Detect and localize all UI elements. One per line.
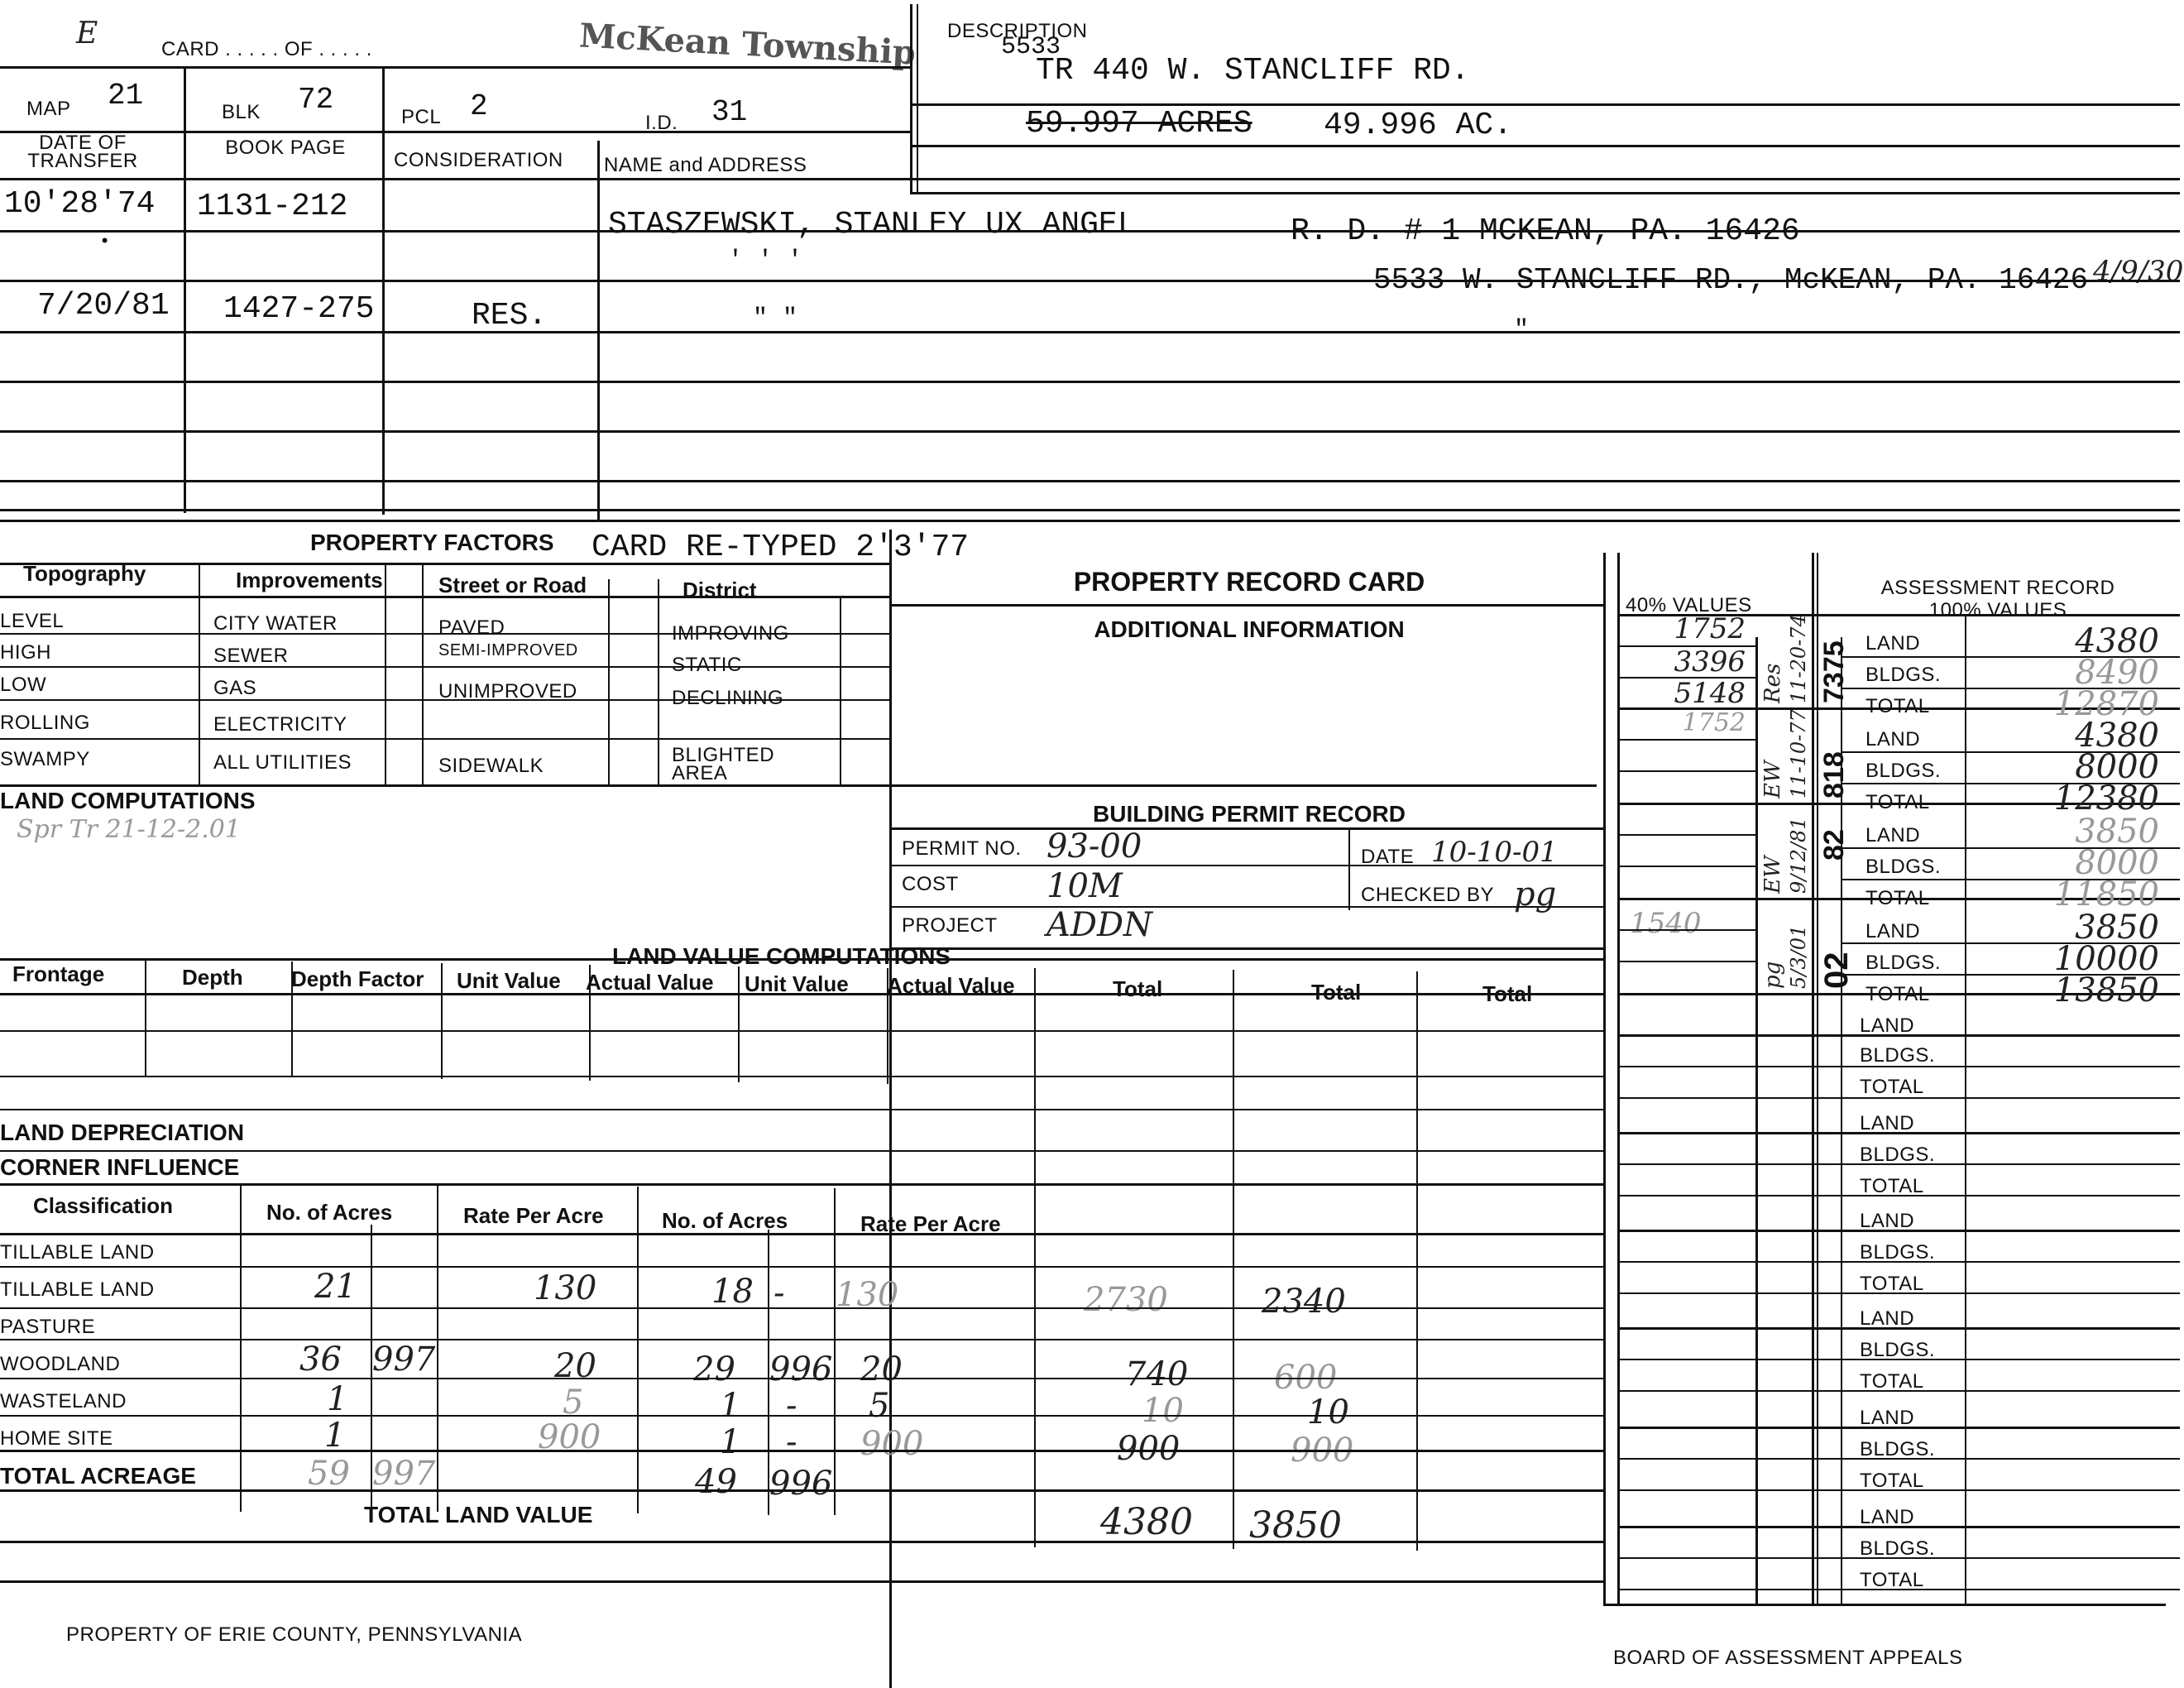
- topography-low: LOW: [0, 674, 46, 697]
- permit-no-label: PERMIT NO.: [902, 837, 1022, 861]
- land-computations-note: Spr Tr 21-12-2.01: [17, 815, 241, 844]
- assessment-header-2: 100% VALUES: [1820, 599, 2176, 622]
- permit-date-value: 10-10-01: [1431, 836, 1558, 869]
- transfer-date-2: •: [99, 232, 110, 252]
- assessment-total-label-1: TOTAL: [1865, 695, 1930, 718]
- col-unit-value-1: Unit Value: [457, 968, 561, 994]
- card-label: CARD . . . . . OF . . . . .: [161, 38, 372, 61]
- assessment-total-4: 13850: [1969, 971, 2159, 1009]
- description-acres: 49.996 AC.: [1324, 108, 1512, 143]
- land-value-computations-title: LAND VALUE COMPUTATIONS: [612, 943, 951, 970]
- col-depth-factor: Depth Factor: [291, 966, 424, 992]
- annotation-group1-initials: Res: [1760, 664, 1785, 703]
- annotation-group4-stamp: 02: [1818, 952, 1856, 990]
- woodland-total-1: 740: [1125, 1355, 1188, 1393]
- assessment-bldgs-label-4: BLDGS.: [1865, 952, 1941, 975]
- permit-no-value: 93-00: [1046, 827, 1142, 866]
- wasteland-total-1: 10: [1142, 1392, 1184, 1430]
- assessment-bldgs-label-1: BLDGS.: [1865, 664, 1941, 687]
- street-header: Street or Road: [438, 573, 587, 598]
- col-actual-value-1: Actual Value: [586, 970, 714, 995]
- tillable-total-1: 2730: [1084, 1281, 1168, 1319]
- total-acreage-1b: 997: [372, 1455, 435, 1493]
- footer-board-of-appeals: BOARD OF ASSESSMENT APPEALS: [1613, 1647, 1963, 1670]
- annotation-group4-date: 5/3/01: [1787, 925, 1810, 989]
- col-total-1: Total: [1113, 976, 1162, 1002]
- street-paved: PAVED: [438, 616, 505, 640]
- wasteland-total-2: 10: [1307, 1393, 1349, 1431]
- topography-swampy: SWAMPY: [0, 748, 90, 771]
- annotation-group1-date: 11-20-74: [1787, 614, 1810, 703]
- improvements-sewer: SEWER: [213, 645, 289, 668]
- cost-label: COST: [902, 873, 959, 896]
- transfer-bookpage-1: 1131-212: [197, 189, 347, 224]
- annotation-group4-initials: pg: [1760, 961, 1785, 989]
- home-site-acres-2b: -: [786, 1423, 797, 1461]
- property-factors-title: PROPERTY FACTORS: [310, 530, 554, 556]
- assessment-bldgs-label-2: BLDGS.: [1865, 760, 1941, 783]
- tillable-acres-2: 18: [711, 1273, 754, 1311]
- wasteland-rate-2: 5: [869, 1387, 889, 1425]
- total-land-value-label: TOTAL LAND VALUE: [364, 1502, 592, 1528]
- home-site-total-1: 900: [1117, 1430, 1180, 1468]
- assessment-total-label-4: TOTAL: [1865, 983, 1930, 1006]
- transfer-name-1: STASZEWSKI, STANLEY UX ANGEL: [608, 207, 1137, 242]
- project-label: PROJECT: [902, 914, 998, 938]
- home-site-rate-2: 900: [860, 1425, 923, 1463]
- topography-header: Topography: [23, 561, 146, 587]
- wasteland-acres-1: 1: [327, 1380, 347, 1418]
- description-line1: TR 440 W. STANCLIFF RD.: [1036, 53, 1470, 89]
- values-40-10: 1540: [1630, 907, 1754, 940]
- checked-by-value: pg: [1514, 875, 1556, 914]
- topography-rolling: ROLLING: [0, 712, 90, 735]
- street-semi-improved: SEMI-IMPROVED: [438, 642, 587, 659]
- id-value: 31: [711, 95, 747, 129]
- topography-level: LEVEL: [0, 610, 64, 633]
- annotation-group3-stamp: 82: [1818, 829, 1851, 861]
- annotation-group2-initials: EW: [1760, 760, 1785, 798]
- woodland-acres-2b: 996: [769, 1350, 832, 1388]
- description-struck-acres: 59.997 ACRES: [1026, 106, 1252, 141]
- annotation-group2-stamp: 818: [1818, 751, 1851, 798]
- class-total-acreage: TOTAL ACREAGE: [0, 1463, 196, 1489]
- annotation-group2-date: 11-10-77: [1787, 709, 1810, 798]
- district-static: STATIC: [672, 654, 742, 677]
- assessment-total-label-2: TOTAL: [1865, 791, 1930, 814]
- total-acreage-2: 49: [695, 1463, 737, 1501]
- transfer-address-3: ": [1514, 316, 1529, 344]
- woodland-rate-1: 20: [554, 1347, 596, 1385]
- transfer-name-2: ' ' ': [728, 247, 802, 275]
- total-land-value-1: 4380: [1100, 1501, 1193, 1543]
- building-permit-title: BUILDING PERMIT RECORD: [893, 801, 1605, 827]
- col-date-of-transfer: DATE OF TRANSFER: [0, 134, 165, 170]
- tillable-acres-1: 21: [314, 1268, 357, 1306]
- transfer-consideration-3: RES.: [472, 298, 547, 333]
- improvements-header: Improvements: [236, 568, 383, 593]
- class-wasteland: WASTELAND: [0, 1390, 127, 1413]
- class-tillable-1: TILLABLE LAND: [0, 1241, 155, 1264]
- annotation-group3-date: 9/12/81: [1787, 817, 1810, 894]
- assessment-land-label-2: LAND: [1865, 728, 1920, 751]
- map-value: 21: [108, 79, 143, 113]
- woodland-rate-2: 20: [860, 1350, 903, 1388]
- class-tillable-2: TILLABLE LAND: [0, 1278, 155, 1302]
- transfer-date-1: 10'28'74: [4, 186, 155, 222]
- tillable-rate-1: 130: [534, 1269, 596, 1307]
- annotation-group1-stamp: 7375: [1818, 640, 1851, 703]
- transfer-bookpage-3: 1427-275: [223, 291, 374, 327]
- class-pasture: PASTURE: [0, 1316, 95, 1339]
- col-name-address: NAME and ADDRESS: [604, 154, 807, 177]
- corner-mark: E: [76, 17, 98, 50]
- annotation-group3-initials: EW: [1760, 856, 1785, 894]
- assessment-total-label-5: TOTAL: [1860, 1076, 1924, 1099]
- street-sidewalk: SIDEWALK: [438, 755, 544, 778]
- woodland-acres-2: 29: [693, 1350, 735, 1388]
- woodland-acres-1: 36: [299, 1340, 342, 1379]
- record-card-title: PROPERTY RECORD CARD: [893, 567, 1605, 597]
- improvements-all-utilities: ALL UTILITIES: [213, 751, 352, 774]
- total-acreage-1: 59: [308, 1455, 350, 1493]
- blk-label: BLK: [222, 101, 261, 124]
- district-declining: DECLINING: [672, 687, 783, 710]
- transfer-date-3: 7/20/81: [37, 288, 170, 324]
- col-rate-1: Rate Per Acre: [463, 1203, 604, 1229]
- col-book-page: BOOK PAGE: [215, 139, 356, 157]
- col-consideration: CONSIDERATION: [394, 149, 563, 172]
- pcl-label: PCL: [401, 106, 441, 129]
- improvements-electricity: ELECTRICITY: [213, 713, 347, 736]
- retyped-note: CARD RE-TYPED 2'3'77: [591, 530, 969, 565]
- class-woodland: WOODLAND: [0, 1353, 120, 1376]
- topography-high: HIGH: [0, 641, 51, 664]
- improvements-city-water: CITY WATER: [213, 612, 338, 635]
- values-40-1: 1752: [1621, 612, 1746, 645]
- assessment-header-1: ASSESSMENT RECORD: [1820, 578, 2176, 599]
- wasteland-acres-2: 1: [720, 1387, 740, 1425]
- assessment-land-label-1: LAND: [1865, 632, 1920, 655]
- values-40-3: 5148: [1621, 677, 1746, 710]
- project-value: ADDN: [1046, 906, 1152, 944]
- assessment-total-label-3: TOTAL: [1865, 887, 1930, 910]
- footer-property-of: PROPERTY OF ERIE COUNTY, PENNSYLVANIA: [66, 1623, 522, 1647]
- col-depth: Depth: [182, 965, 243, 990]
- tillable-total-2: 2340: [1262, 1283, 1346, 1321]
- total-acreage-2b: 996: [769, 1465, 832, 1503]
- map-label: MAP: [26, 98, 71, 121]
- land-depreciation-title: LAND DEPRECIATION: [0, 1120, 244, 1146]
- transfer-name-3: " ": [753, 305, 797, 333]
- pcl-value: 2: [470, 89, 488, 123]
- class-home-site: HOME SITE: [0, 1427, 113, 1451]
- district-header: District: [682, 578, 757, 603]
- home-site-acres-2: 1: [720, 1423, 740, 1461]
- assessment-bldgs-label-5: BLDGS.: [1860, 1044, 1935, 1067]
- values-40-2: 3396: [1621, 645, 1746, 679]
- col-frontage: Frontage: [12, 961, 104, 987]
- col-acres-1: No. of Acres: [266, 1200, 392, 1225]
- woodland-acres-1b: 997: [372, 1340, 435, 1379]
- additional-info-title: ADDITIONAL INFORMATION: [893, 616, 1605, 643]
- values-40-4: 1752: [1621, 708, 1746, 737]
- wasteland-acres-2b: -: [786, 1387, 797, 1425]
- cost-value: 10M: [1046, 867, 1123, 905]
- col-classification: Classification: [33, 1193, 173, 1219]
- assessment-land-label-3: LAND: [1865, 824, 1920, 847]
- assessment-bldgs-label-3: BLDGS.: [1865, 856, 1941, 879]
- corner-influence-title: CORNER INFLUENCE: [0, 1154, 239, 1181]
- blk-value: 72: [298, 83, 333, 117]
- land-computations-title: LAND COMPUTATIONS: [0, 788, 256, 814]
- transfer-note-2: 4/9/30: [2093, 255, 2183, 288]
- district-blighted-area: BLIGHTED AREA: [672, 746, 829, 783]
- checked-by-label: CHECKED BY: [1361, 884, 1494, 907]
- township-stamp: McKean Township: [578, 16, 917, 72]
- assessment-land-label-4: LAND: [1865, 920, 1920, 943]
- improvements-gas: GAS: [213, 677, 256, 700]
